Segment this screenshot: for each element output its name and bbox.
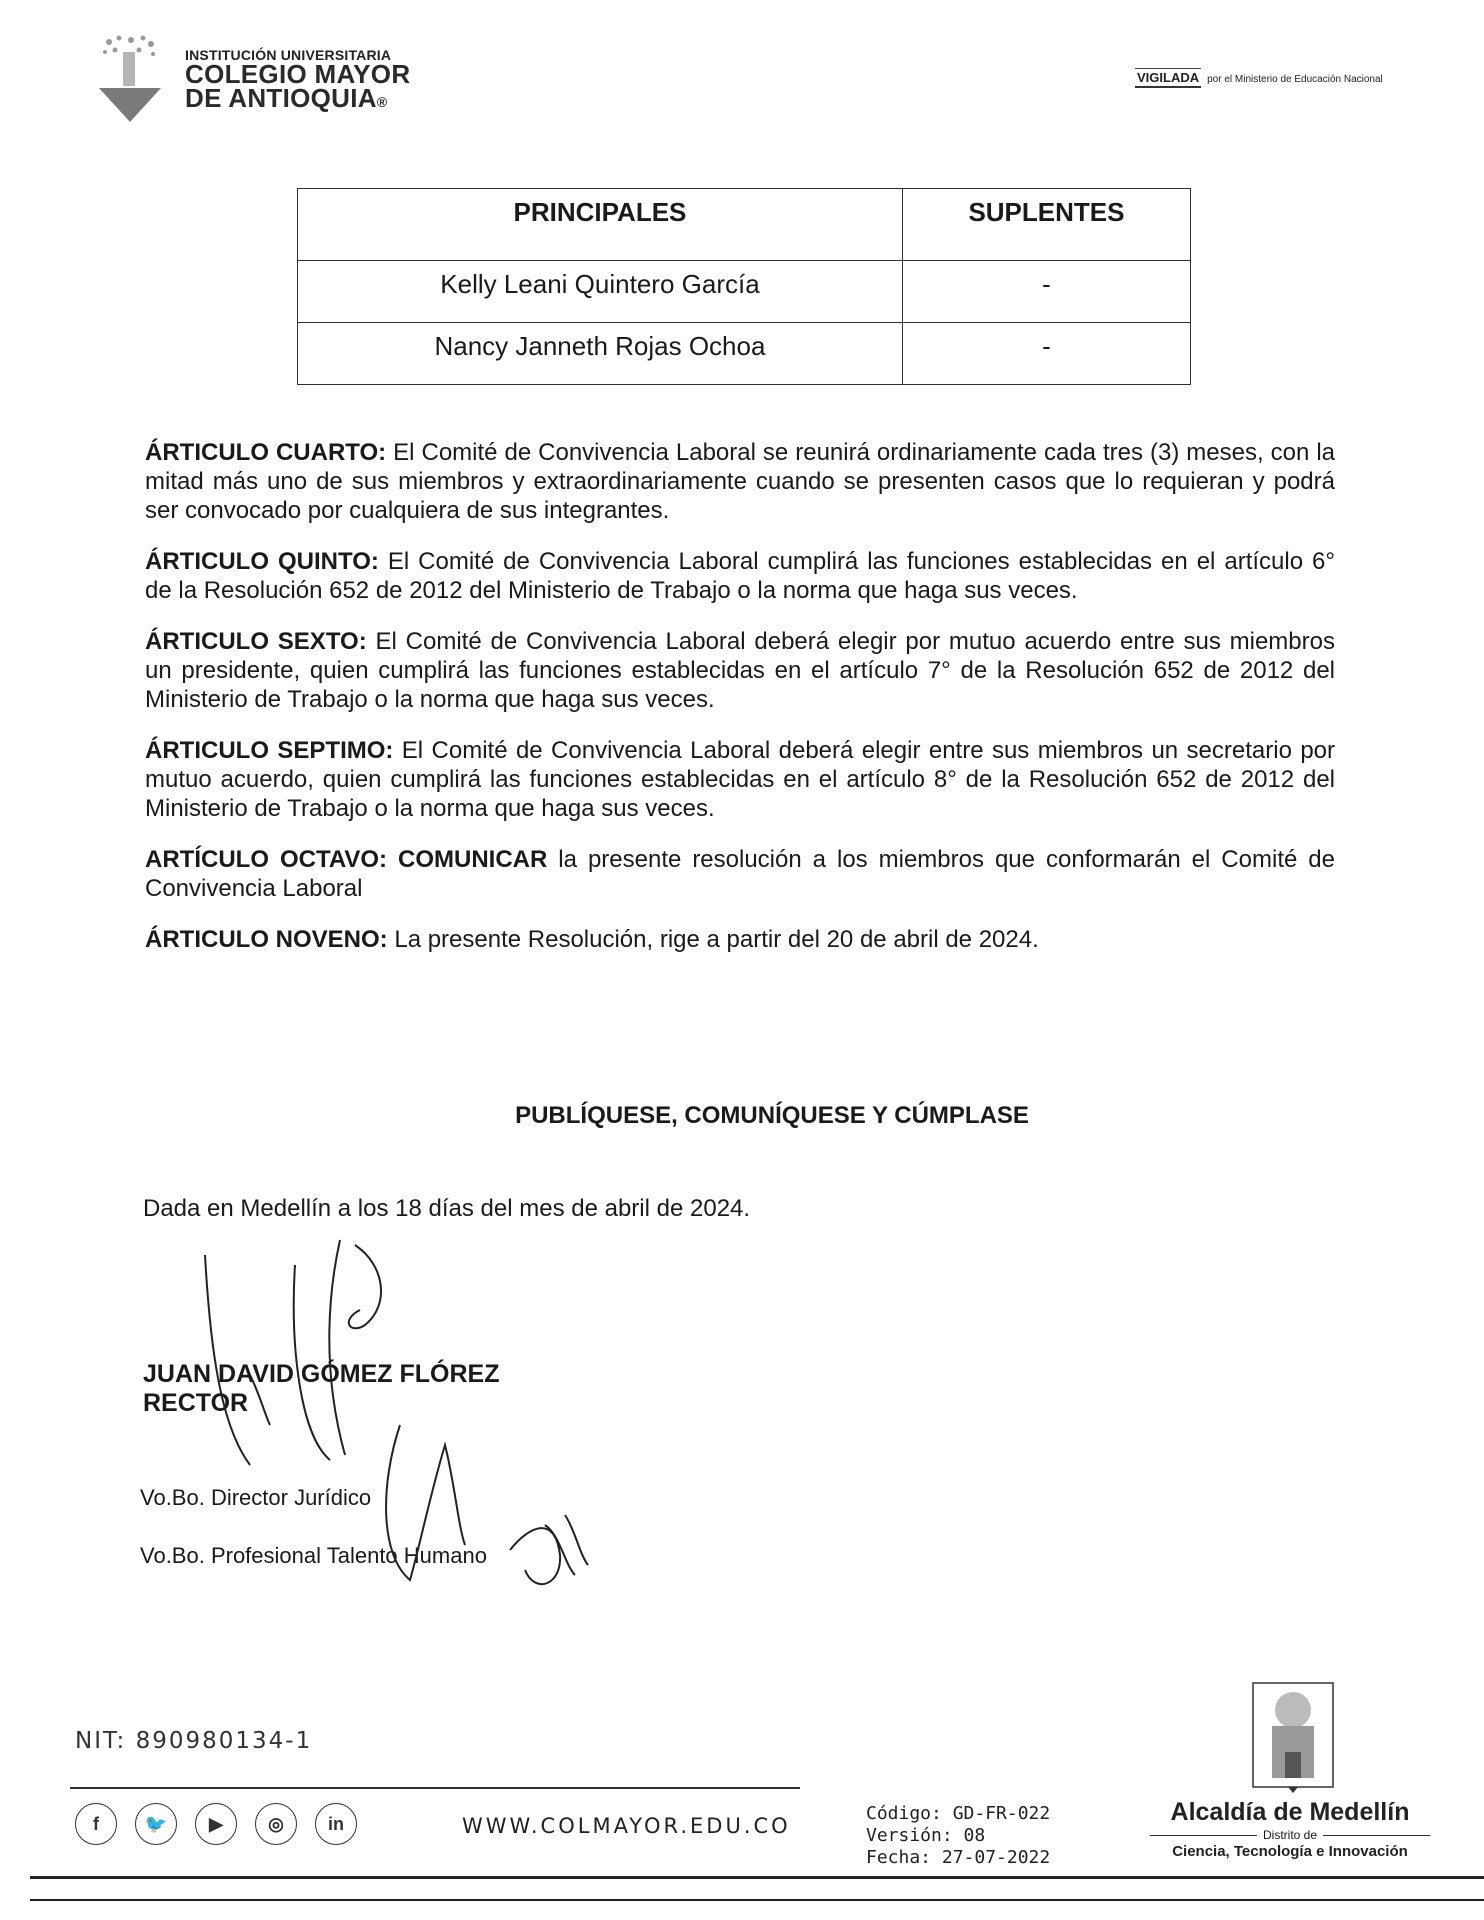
article-noveno: ÁRTICULO NOVENO: La presente Resolución,…: [145, 925, 1335, 954]
signature-scribbles-icon: [190, 1225, 640, 1605]
article-septimo: ÁRTICULO SEPTIMO: El Comité de Convivenc…: [145, 736, 1335, 823]
vigilada-label: VIGILADA: [1135, 68, 1201, 88]
alcaldia-tagline: Ciencia, Tecnología e Innovación: [1150, 1843, 1430, 1860]
article-sexto: ÁRTICULO SEXTO: El Comité de Convivencia…: [145, 627, 1335, 714]
article-title: ÁRTICULO SEPTIMO:: [145, 737, 393, 764]
suplente-cell: -: [902, 261, 1190, 323]
suplente-cell: -: [902, 323, 1190, 385]
articles-section: ÁRTICULO CUARTO: El Comité de Convivenci…: [145, 438, 1335, 976]
article-cuarto: ÁRTICULO CUARTO: El Comité de Convivenci…: [145, 438, 1335, 525]
linkedin-icon[interactable]: in: [315, 1803, 357, 1845]
table-row: Nancy Janneth Rojas Ochoa -: [298, 323, 1191, 385]
publiquese-heading: PUBLÍQUESE, COMUNÍQUESE Y CÚMPLASE: [0, 1102, 1484, 1130]
nit-number: NIT: 890980134-1: [75, 1728, 312, 1754]
medellin-crest-icon: [1252, 1682, 1334, 1794]
website-link[interactable]: WWW.COLMAYOR.EDU.CO: [462, 1814, 791, 1838]
fecha-label: Fecha: 27-07-2022: [866, 1847, 1050, 1869]
codigo-label: Código: GD-FR-022: [866, 1803, 1050, 1825]
footer-divider: [70, 1787, 800, 1789]
header-principales: PRINCIPALES: [298, 189, 903, 261]
alcaldia-subtitle-row: Distrito de: [1150, 1828, 1430, 1842]
document-code-block: Código: GD-FR-022 Versión: 08 Fecha: 27-…: [866, 1803, 1050, 1869]
vigilada-rest: por el Ministerio de Educación Nacional: [1207, 74, 1383, 85]
youtube-icon[interactable]: ▶: [195, 1803, 237, 1845]
institution-line2: DE ANTIOQUIA: [185, 83, 377, 113]
vigilada-notice: VIGILADApor el Ministerio de Educación N…: [1135, 70, 1383, 85]
facebook-icon[interactable]: f: [75, 1803, 117, 1845]
alcaldia-title: Alcaldía de Medellín: [1150, 1798, 1430, 1827]
registered-mark: ®: [377, 94, 388, 110]
article-title: ARTÍCULO OCTAVO: COMUNICAR: [145, 846, 547, 873]
alcaldia-logo: Alcaldía de Medellín Distrito de Ciencia…: [1150, 1798, 1430, 1860]
page-bottom-rule: [30, 1876, 1484, 1879]
twitter-icon[interactable]: 🐦: [135, 1803, 177, 1845]
article-octavo: ARTÍCULO OCTAVO: COMUNICAR la presente r…: [145, 845, 1335, 903]
article-quinto: ÁRTICULO QUINTO: El Comité de Convivenci…: [145, 547, 1335, 605]
members-table: PRINCIPALES SUPLENTES Kelly Leani Quinte…: [297, 188, 1191, 385]
instagram-icon[interactable]: ◎: [255, 1803, 297, 1845]
version-label: Versión: 08: [866, 1825, 1050, 1847]
article-title: ÁRTICULO QUINTO:: [145, 548, 379, 575]
header-suplentes: SUPLENTES: [902, 189, 1190, 261]
article-title: ÁRTICULO SEXTO:: [145, 628, 367, 655]
institution-logo-icon: [95, 30, 165, 125]
article-title: ÁRTICULO NOVENO:: [145, 926, 388, 953]
principal-cell: Kelly Leani Quintero García: [298, 261, 903, 323]
article-text: La presente Resolución, rige a partir de…: [388, 926, 1039, 953]
alcaldia-sub: Distrito de: [1263, 1828, 1317, 1842]
dada-en-medellin: Dada en Medellín a los 18 días del mes d…: [143, 1195, 750, 1223]
principal-cell: Nancy Janneth Rojas Ochoa: [298, 323, 903, 385]
page-bottom-rule: [30, 1899, 1484, 1901]
social-links: f 🐦 ▶ ◎ in: [75, 1803, 357, 1845]
table-header-row: PRINCIPALES SUPLENTES: [298, 189, 1191, 261]
institution-name: INSTITUCIÓN UNIVERSITARIA COLEGIO MAYOR …: [185, 48, 410, 114]
article-title: ÁRTICULO CUARTO:: [145, 439, 386, 466]
table-row: Kelly Leani Quintero García -: [298, 261, 1191, 323]
divider: [1150, 1835, 1257, 1836]
divider: [1323, 1835, 1430, 1836]
